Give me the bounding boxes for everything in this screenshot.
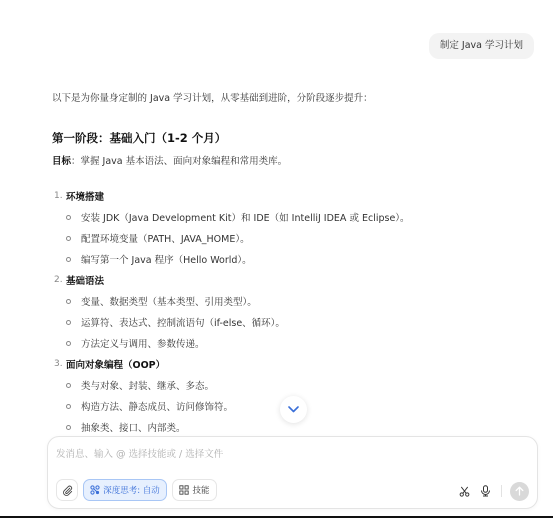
list-item-text: 方法定义与调用、参数传递。 <box>81 336 205 350</box>
user-message-bubble: 制定 Java 学习计划 <box>429 33 534 59</box>
deep-think-toggle[interactable]: 深度思考: 自动 <box>83 479 167 501</box>
section-number: 2. <box>54 275 66 285</box>
bullet-icon <box>66 215 71 220</box>
voice-input-button[interactable] <box>477 483 493 499</box>
user-message-text: 制定 Java 学习计划 <box>440 40 523 51</box>
list-item: 构造方法、静态成员、访问修饰符。 <box>66 399 492 413</box>
microphone-icon <box>480 485 491 497</box>
list-item-text: 编写第一个 Java 程序（Hello World）。 <box>81 252 252 266</box>
section-title: 面向对象编程（OOP） <box>66 357 165 371</box>
goal-label: 目标 <box>52 156 71 167</box>
list-item: 安装 JDK（Java Development Kit）和 IDE（如 Inte… <box>66 210 492 224</box>
list-item: 变量、数据类型（基本类型、引用类型）。 <box>66 294 492 308</box>
paperclip-icon <box>62 485 73 496</box>
section-item: 2. 基础语法 变量、数据类型（基本类型、引用类型）。 运算符、表达式、控制流语… <box>52 273 492 350</box>
list-item-text: 安装 JDK（Java Development Kit）和 IDE（如 Inte… <box>81 210 410 224</box>
section-item: 1. 环境搭建 安装 JDK（Java Development Kit）和 ID… <box>52 189 492 266</box>
list-item: 抽象类、接口、内部类。 <box>66 420 492 434</box>
bullet-icon <box>66 299 71 304</box>
list-item: 编写第一个 Java 程序（Hello World）。 <box>66 252 492 266</box>
deep-think-label: 深度思考: 自动 <box>103 484 160 496</box>
bullet-icon <box>66 341 71 346</box>
assistant-answer: 以下是为你量身定制的 Java 学习计划，从零基础到进阶，分阶段逐步提升： 第一… <box>52 92 492 462</box>
list-item-text: 抽象类、接口、内部类。 <box>81 420 186 434</box>
list-item: 类与对象、封装、继承、多态。 <box>66 378 492 392</box>
chat-area: 制定 Java 学习计划 以下是为你量身定制的 Java 学习计划，从零基础到进… <box>0 0 553 516</box>
section-item: 3. 面向对象编程（OOP） 类与对象、封装、继承、多态。 构造方法、静态成员、… <box>52 357 492 434</box>
section-number: 1. <box>54 191 66 201</box>
arrow-up-icon <box>515 486 524 496</box>
stage-heading: 第一阶段：基础入门（1-2 个月） <box>52 130 492 146</box>
list-item-text: 变量、数据类型（基本类型、引用类型）。 <box>81 294 257 308</box>
skills-button[interactable]: 技能 <box>172 479 217 501</box>
list-item: 方法定义与调用、参数传递。 <box>66 336 492 350</box>
composer-right-tools <box>456 481 529 501</box>
list-item-text: 配置环境变量（PATH、JAVA_HOME）。 <box>81 231 250 245</box>
list-item: 配置环境变量（PATH、JAVA_HOME）。 <box>66 231 492 245</box>
message-composer: 深度思考: 自动 技能 <box>47 436 538 509</box>
message-input[interactable] <box>56 446 526 462</box>
bullet-icon <box>66 257 71 262</box>
section-list: 1. 环境搭建 安装 JDK（Java Development Kit）和 ID… <box>52 189 492 455</box>
bullet-icon <box>66 404 71 409</box>
attach-button[interactable] <box>56 479 78 501</box>
section-title: 基础语法 <box>66 273 104 287</box>
scissors-icon <box>459 486 470 497</box>
bullet-icon <box>66 320 71 325</box>
list-item-text: 类与对象、封装、继承、多态。 <box>81 378 214 392</box>
answer-intro: 以下是为你量身定制的 Java 学习计划，从零基础到进阶，分阶段逐步提升： <box>52 92 492 106</box>
skills-label: 技能 <box>192 484 209 496</box>
skills-grid-icon <box>179 485 189 495</box>
bullet-icon <box>66 425 71 430</box>
section-number: 3. <box>54 359 66 369</box>
stage-goal: 目标：掌握 Java 基本语法、面向对象编程和常用类库。 <box>52 155 492 169</box>
list-item-text: 运算符、表达式、控制流语句（if-else、循环）。 <box>81 315 285 329</box>
send-button[interactable] <box>510 482 529 501</box>
screenshot-button[interactable] <box>456 483 472 499</box>
chevron-down-icon <box>288 406 299 413</box>
bullet-icon <box>66 236 71 241</box>
deep-think-icon <box>90 485 100 495</box>
list-item: 运算符、表达式、控制流语句（if-else、循环）。 <box>66 315 492 329</box>
scroll-to-bottom-button[interactable] <box>280 396 307 423</box>
list-item-text: 构造方法、静态成员、访问修饰符。 <box>81 399 233 413</box>
bullet-icon <box>66 383 71 388</box>
toolbar-divider <box>501 485 502 497</box>
goal-text: ：掌握 Java 基本语法、面向对象编程和常用类库。 <box>71 156 287 167</box>
section-title: 环境搭建 <box>66 189 104 203</box>
